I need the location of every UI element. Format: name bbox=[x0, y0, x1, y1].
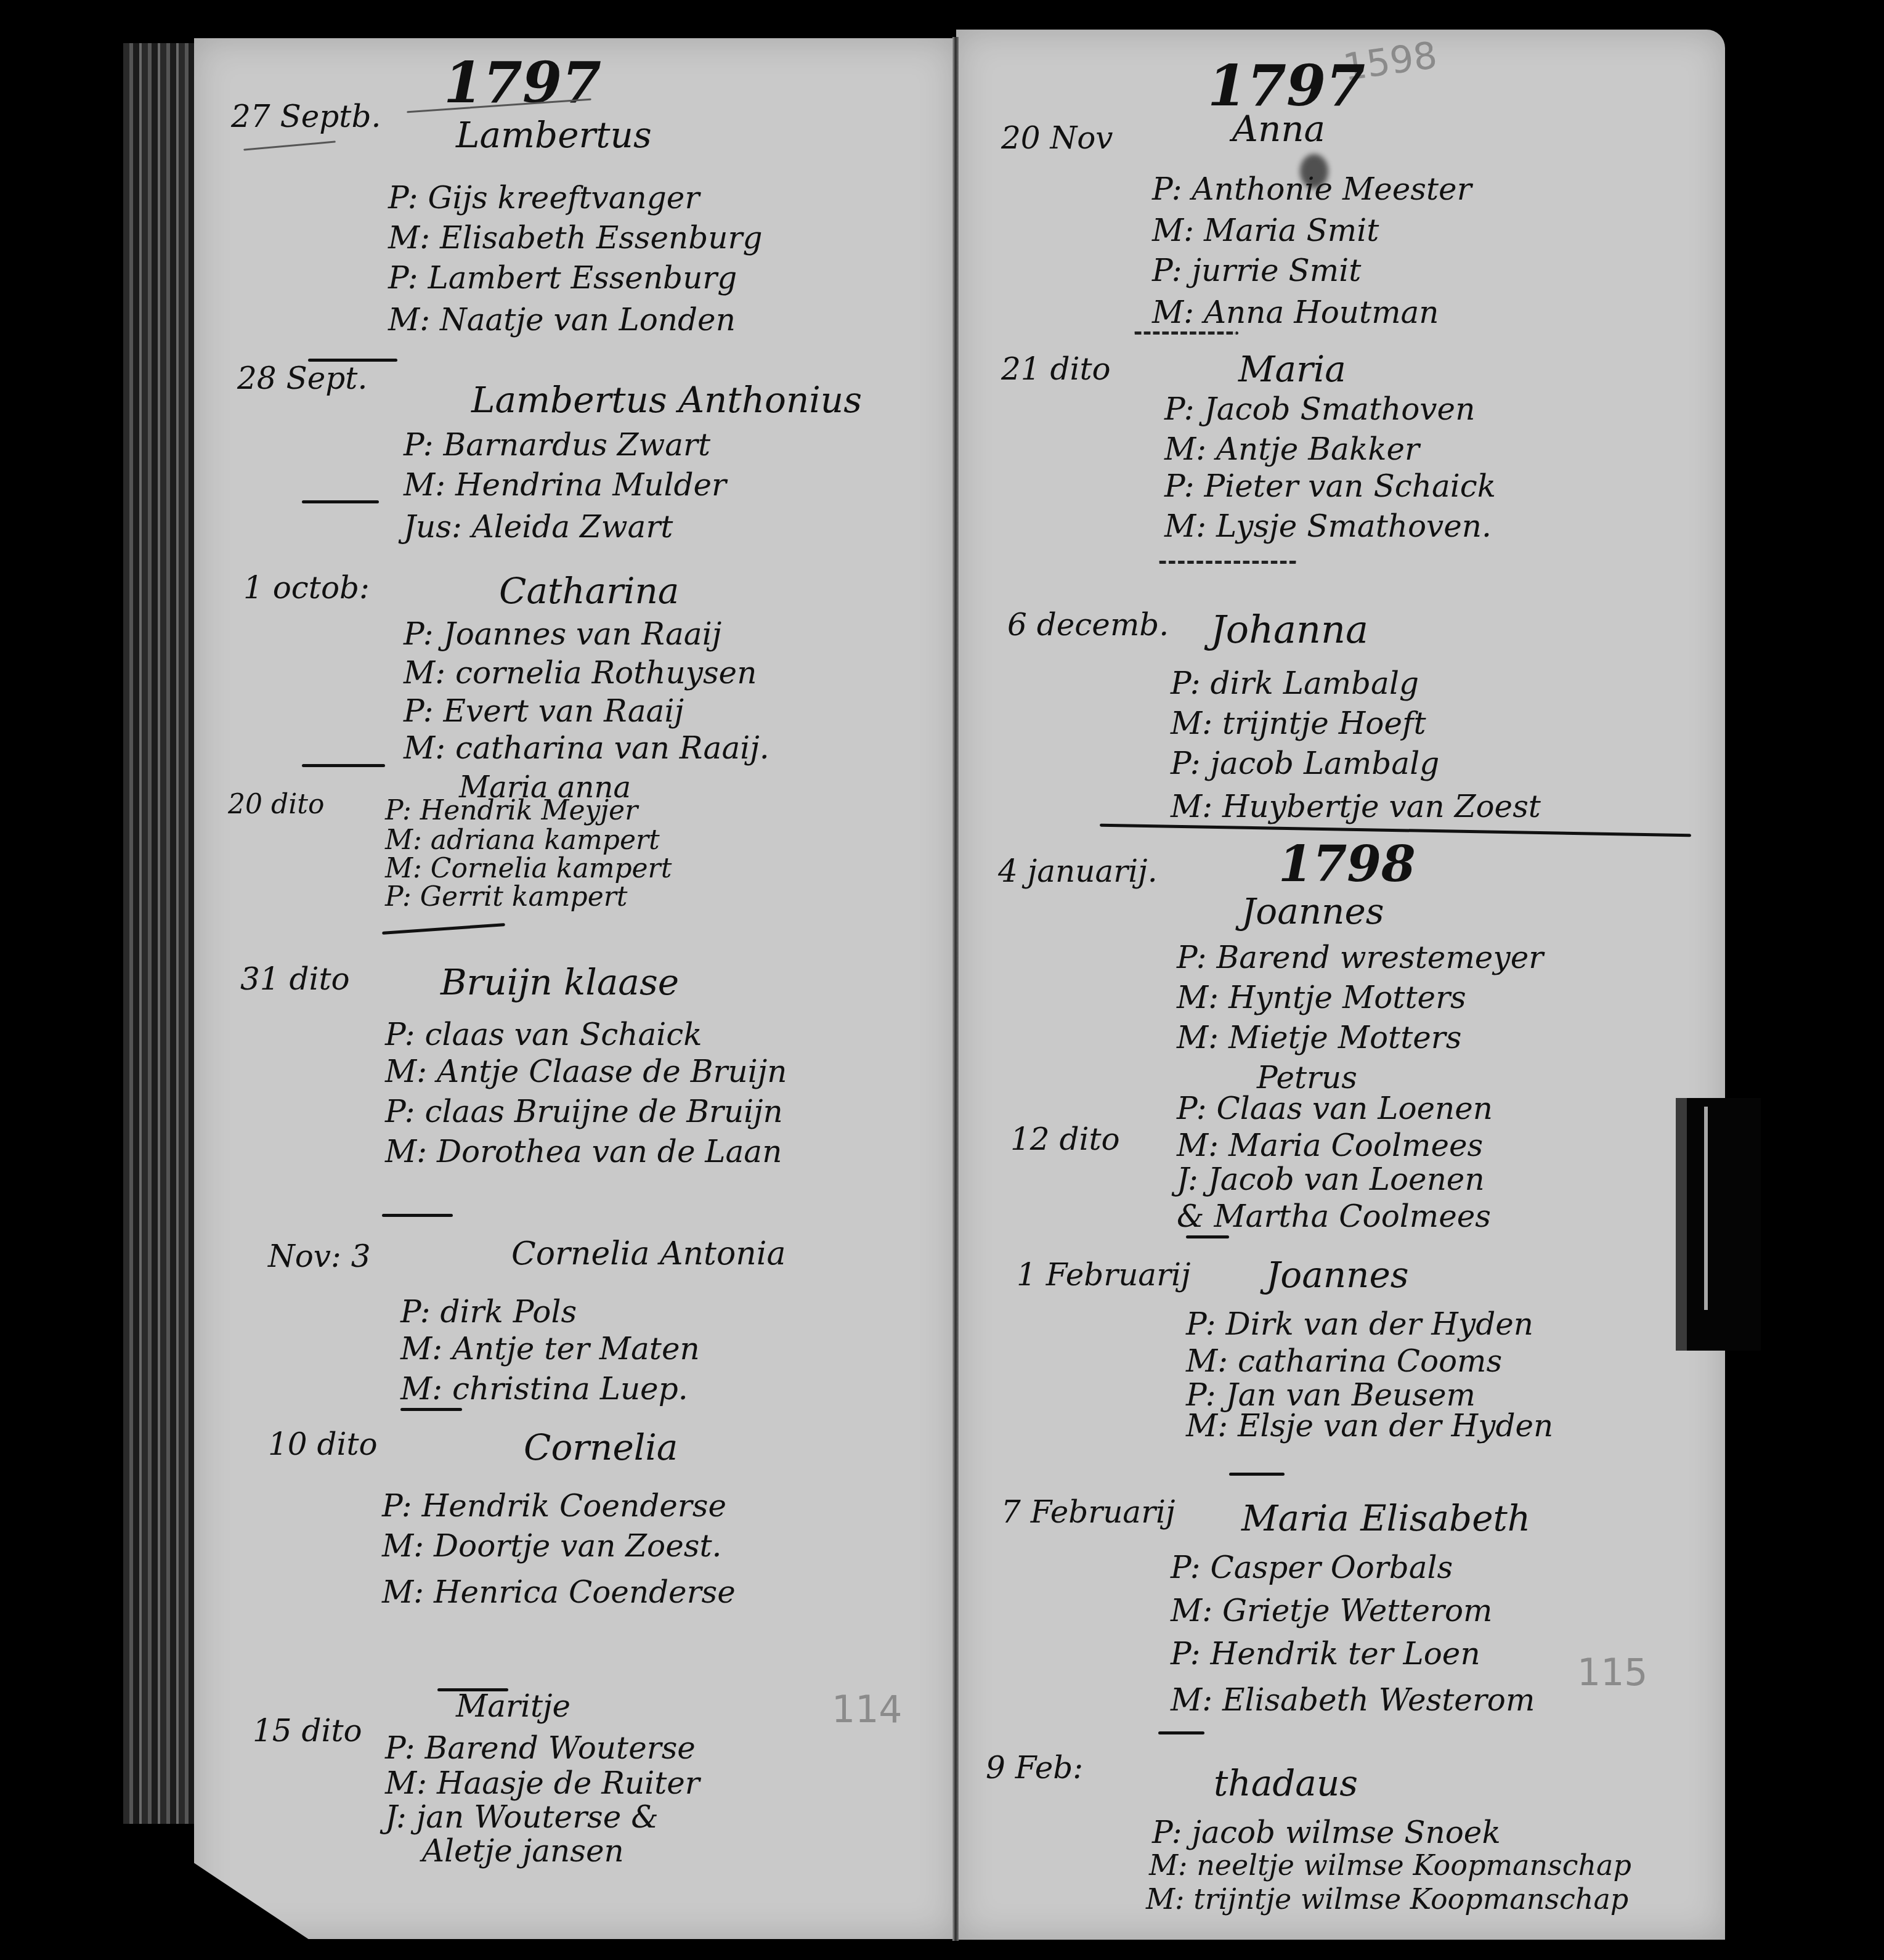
entry-date: 21 dito bbox=[1001, 351, 1111, 387]
child-name: Bruijn klaase bbox=[441, 961, 679, 1003]
entry-line: M: Maria Coolmees bbox=[1177, 1128, 1483, 1163]
entry-line: M: Hyntje Motters bbox=[1177, 980, 1466, 1015]
child-name: Cornelia Antonia bbox=[511, 1235, 786, 1272]
entry-line: M: trijntje wilmse Koopmanschap bbox=[1146, 1882, 1628, 1916]
entry-line: Aletje jansen bbox=[422, 1833, 624, 1869]
entry-line: M: Huybertje van Zoest bbox=[1171, 789, 1541, 824]
divider bbox=[1186, 1235, 1229, 1238]
entry-line: M: Maria Smit bbox=[1152, 213, 1379, 248]
entry-line: P: Gijs kreeftvanger bbox=[388, 180, 699, 216]
entry-date: 9 Feb: bbox=[986, 1750, 1083, 1786]
entry-date: 27 Septb. bbox=[231, 99, 381, 134]
entry-line: P: Casper Oorbals bbox=[1171, 1550, 1453, 1585]
entry-line: P: Gerrit kampert bbox=[385, 881, 627, 913]
divider bbox=[302, 764, 385, 767]
child-name: Johanna bbox=[1211, 607, 1368, 652]
entry-date: 1 Februarij bbox=[1017, 1257, 1191, 1293]
entry-line: & Martha Coolmees bbox=[1177, 1198, 1491, 1234]
entry-line: Jus: Aleida Zwart bbox=[404, 509, 673, 545]
entry-line: M: Mietje Motters bbox=[1177, 1020, 1461, 1055]
entry-line: M: Haasje de Ruiter bbox=[385, 1765, 700, 1801]
entry-line: P: jacob wilmse Snoek bbox=[1152, 1815, 1501, 1850]
entry-line: P: Claas van Loenen bbox=[1177, 1091, 1493, 1126]
entry-date: 7 Februarij bbox=[1001, 1494, 1175, 1530]
divider bbox=[1229, 1473, 1285, 1476]
entry-line: P: claas Bruijne de Bruijn bbox=[385, 1094, 783, 1129]
entry-date: 6 decemb. bbox=[1007, 607, 1169, 643]
entry-line: P: dirk Pols bbox=[400, 1294, 577, 1330]
entry-date: 28 Sept. bbox=[237, 360, 367, 396]
entry-date: 20 dito bbox=[228, 789, 324, 820]
divider bbox=[1158, 1731, 1204, 1734]
entry-line: M: Cornelia kampert bbox=[385, 853, 672, 884]
entry-date: 4 januarij. bbox=[998, 853, 1158, 889]
entry-line: M: Antje Bakker bbox=[1164, 431, 1419, 467]
entry-line: M: Elisabeth Westerom bbox=[1171, 1682, 1535, 1718]
entry-date: Nov: 3 bbox=[268, 1238, 371, 1274]
divider bbox=[382, 1214, 453, 1217]
entry-line: M: Anna Houtman bbox=[1152, 295, 1439, 330]
entry-line: M: Elsje van der Hyden bbox=[1186, 1408, 1553, 1444]
entry-line: M: Lysje Smathoven. bbox=[1164, 508, 1492, 544]
child-name: thadaus bbox=[1214, 1762, 1358, 1804]
entry-date: 20 Nov bbox=[1001, 120, 1113, 156]
entry-line: M: Doortje van Zoest. bbox=[382, 1528, 721, 1564]
entry-line: M: christina Luep. bbox=[400, 1371, 688, 1407]
entry-line: P: claas van Schaick bbox=[385, 1017, 702, 1052]
divider bbox=[400, 1408, 462, 1411]
entry-line: M: cornelia Rothuysen bbox=[404, 655, 757, 691]
entry-date: 12 dito bbox=[1010, 1121, 1120, 1157]
entry-line: P: Anthonie Meester bbox=[1152, 171, 1472, 207]
child-name: Cornelia bbox=[524, 1426, 678, 1468]
divider bbox=[1158, 561, 1297, 564]
entry-line: P: Pieter van Schaick bbox=[1164, 468, 1496, 504]
entry-line: P: Barnardus Zwart bbox=[404, 427, 710, 463]
child-name: Anna bbox=[1232, 108, 1325, 150]
entry-line: P: Hendrik ter Loen bbox=[1171, 1636, 1480, 1672]
page-gutter bbox=[952, 37, 959, 1941]
left-year-heading: 1797 bbox=[444, 49, 601, 116]
year-heading-1798: 1798 bbox=[1278, 835, 1416, 893]
entry-date: 31 dito bbox=[240, 961, 350, 997]
entry-line: M: Henrica Coenderse bbox=[382, 1574, 736, 1610]
entry-line: P: Evert van Raaij bbox=[404, 693, 684, 729]
divider bbox=[1134, 331, 1238, 335]
entry-line: P: Hendrik Meyjer bbox=[385, 795, 638, 826]
entry-line: M: Dorothea van de Laan bbox=[385, 1134, 782, 1169]
entry-line: P: jurrie Smit bbox=[1152, 253, 1361, 288]
entry-line: M: Antje Claase de Bruijn bbox=[385, 1054, 787, 1089]
book-spine bbox=[123, 43, 197, 1824]
entry-date: 15 dito bbox=[253, 1713, 362, 1749]
entry-line: P: Dirk van der Hyden bbox=[1186, 1306, 1533, 1342]
child-name: Maria Elisabeth bbox=[1241, 1497, 1530, 1539]
entry-line: J: Jacob van Loenen bbox=[1177, 1161, 1485, 1197]
entry-line: P: Hendrik Coenderse bbox=[382, 1488, 726, 1524]
entry-line: P: Jacob Smathoven bbox=[1164, 391, 1475, 427]
child-name: Maritje bbox=[456, 1688, 570, 1724]
child-name: Lambertus Anthonius bbox=[471, 379, 862, 421]
child-name: Catharina bbox=[499, 570, 679, 612]
entry-line: P: Barend Wouterse bbox=[385, 1730, 696, 1766]
entry-line: P: dirk Lambalg bbox=[1171, 665, 1419, 701]
entry-line: M: catharina van Raaij. bbox=[404, 730, 769, 766]
entry-line: M: Grietje Wetterom bbox=[1171, 1593, 1493, 1629]
entry-line: M: neeltje wilmse Koopmanschap bbox=[1149, 1848, 1631, 1882]
entry-line: P: Lambert Essenburg bbox=[388, 260, 737, 296]
pencil-page-number: 114 bbox=[832, 1688, 903, 1731]
child-name: Joannes bbox=[1241, 890, 1384, 932]
child-name: Maria bbox=[1238, 348, 1346, 390]
entry-line: M: catharina Cooms bbox=[1186, 1343, 1502, 1379]
entry-line: M: Elisabeth Essenburg bbox=[388, 220, 762, 256]
entry-line: P: Joannes van Raaij bbox=[404, 616, 721, 652]
entry-line: M: trijntje Hoeft bbox=[1171, 706, 1426, 741]
entry-line: P: jacob Lambalg bbox=[1171, 746, 1439, 781]
black-page-tab bbox=[1676, 1098, 1761, 1351]
pencil-page-number: 115 bbox=[1577, 1651, 1648, 1694]
entry-date: 1 octob: bbox=[243, 570, 370, 606]
entry-line: M: Antje ter Maten bbox=[400, 1331, 700, 1367]
child-name: Joannes bbox=[1266, 1254, 1409, 1296]
child-name: Lambertus bbox=[456, 114, 652, 156]
entry-line: J: jan Wouterse & bbox=[385, 1799, 659, 1835]
entry-date: 10 dito bbox=[268, 1426, 378, 1462]
entry-line: M: adriana kampert bbox=[385, 824, 660, 856]
entry-line: M: Hendrina Mulder bbox=[404, 467, 726, 503]
divider bbox=[302, 500, 379, 503]
entry-line: M: Naatje van Londen bbox=[388, 302, 736, 338]
entry-line: P: Barend wrestemeyer bbox=[1177, 940, 1543, 975]
